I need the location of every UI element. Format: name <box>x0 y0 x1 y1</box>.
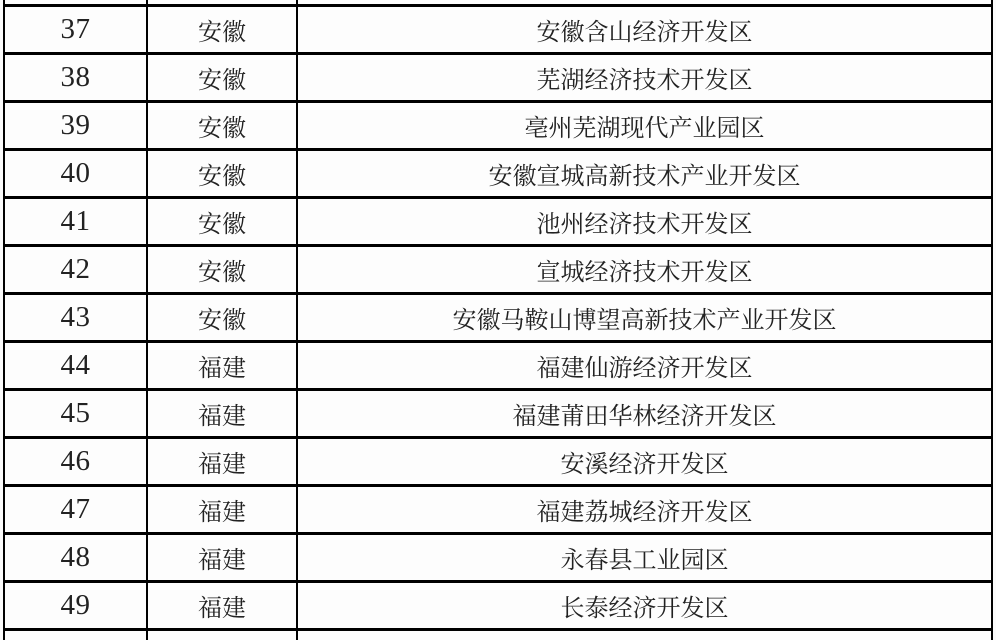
province-cell: 福建 <box>148 583 298 628</box>
province-cell <box>148 0 298 4</box>
zone-name-cell: 安徽马鞍山博望高新技术产业开发区 <box>298 295 991 340</box>
row-number-cell: 47 <box>5 487 148 532</box>
zone-name-cell: 福建莆田华林经济开发区 <box>298 391 991 436</box>
row-number-cell: 39 <box>5 103 148 148</box>
table-row: 45福建福建莆田华林经济开发区 <box>5 391 991 439</box>
zone-name-cell: 福建荔城经济开发区 <box>298 487 991 532</box>
zone-name-cell <box>298 631 991 640</box>
zone-name-cell: 长泰经济开发区 <box>298 583 991 628</box>
table-row: 42安徽宣城经济技术开发区 <box>5 247 991 295</box>
province-cell: 福建 <box>148 487 298 532</box>
row-number-cell: 46 <box>5 439 148 484</box>
province-cell: 安徽 <box>148 199 298 244</box>
table-row: 37安徽安徽含山经济开发区 <box>5 7 991 55</box>
table-row: 43安徽安徽马鞍山博望高新技术产业开发区 <box>5 295 991 343</box>
province-cell: 福建 <box>148 343 298 388</box>
zone-name-cell: 池州经济技术开发区 <box>298 199 991 244</box>
province-cell: 安徽 <box>148 7 298 52</box>
table-row: 46福建安溪经济开发区 <box>5 439 991 487</box>
row-number-cell: 42 <box>5 247 148 292</box>
row-number-cell: 43 <box>5 295 148 340</box>
partial-row-top <box>5 0 991 7</box>
row-number-cell <box>5 0 148 4</box>
province-cell <box>148 631 298 640</box>
province-cell: 福建 <box>148 391 298 436</box>
row-number-cell: 40 <box>5 151 148 196</box>
row-number-cell: 44 <box>5 343 148 388</box>
province-cell: 安徽 <box>148 55 298 100</box>
zone-name-cell: 安溪经济开发区 <box>298 439 991 484</box>
table-row: 47福建福建荔城经济开发区 <box>5 487 991 535</box>
table-row: 44福建福建仙游经济开发区 <box>5 343 991 391</box>
row-number-cell: 48 <box>5 535 148 580</box>
province-cell: 安徽 <box>148 247 298 292</box>
zone-name-cell: 安徽宣城高新技术产业开发区 <box>298 151 991 196</box>
row-number-cell: 38 <box>5 55 148 100</box>
province-cell: 安徽 <box>148 295 298 340</box>
row-number-cell <box>5 631 148 640</box>
document-page: 37安徽安徽含山经济开发区38安徽芜湖经济技术开发区39安徽亳州芜湖现代产业园区… <box>0 0 996 640</box>
table-row: 49福建长泰经济开发区 <box>5 583 991 631</box>
zone-name-cell: 宣城经济技术开发区 <box>298 247 991 292</box>
row-number-cell: 49 <box>5 583 148 628</box>
zone-name-cell: 福建仙游经济开发区 <box>298 343 991 388</box>
province-cell: 福建 <box>148 439 298 484</box>
table-row: 41安徽池州经济技术开发区 <box>5 199 991 247</box>
zone-name-cell <box>298 0 991 4</box>
row-number-cell: 45 <box>5 391 148 436</box>
zone-name-cell: 永春县工业园区 <box>298 535 991 580</box>
development-zones-table: 37安徽安徽含山经济开发区38安徽芜湖经济技术开发区39安徽亳州芜湖现代产业园区… <box>3 0 993 640</box>
partial-row-bottom <box>5 631 991 640</box>
province-cell: 安徽 <box>148 151 298 196</box>
row-number-cell: 37 <box>5 7 148 52</box>
table-row: 39安徽亳州芜湖现代产业园区 <box>5 103 991 151</box>
table-rows: 37安徽安徽含山经济开发区38安徽芜湖经济技术开发区39安徽亳州芜湖现代产业园区… <box>5 7 991 631</box>
table-row: 38安徽芜湖经济技术开发区 <box>5 55 991 103</box>
table-row: 40安徽安徽宣城高新技术产业开发区 <box>5 151 991 199</box>
row-number-cell: 41 <box>5 199 148 244</box>
zone-name-cell: 安徽含山经济开发区 <box>298 7 991 52</box>
province-cell: 安徽 <box>148 103 298 148</box>
table-row: 48福建永春县工业园区 <box>5 535 991 583</box>
zone-name-cell: 芜湖经济技术开发区 <box>298 55 991 100</box>
province-cell: 福建 <box>148 535 298 580</box>
zone-name-cell: 亳州芜湖现代产业园区 <box>298 103 991 148</box>
